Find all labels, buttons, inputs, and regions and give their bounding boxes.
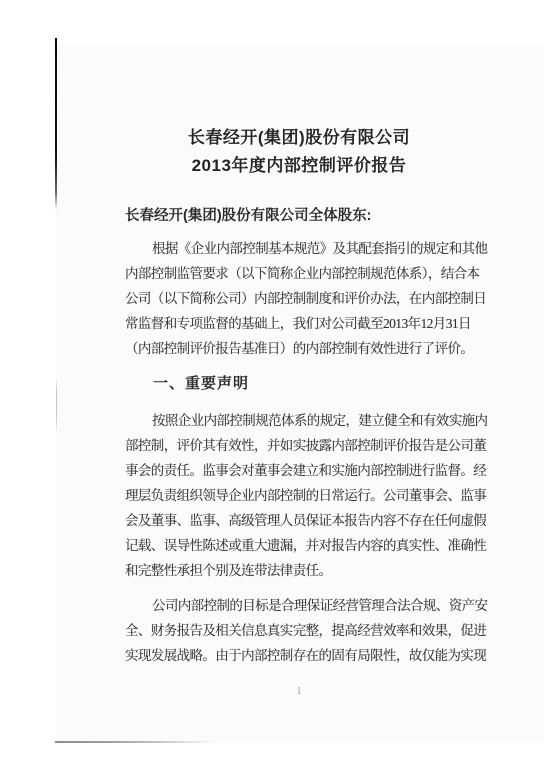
text-line: 会及董事、监事、高级管理人员保证本报告内容不存在任何虚假: [125, 508, 485, 533]
text-line: 记载、误导性陈述或重大遗漏，并对报告内容的真实性、准确性: [125, 533, 485, 558]
salutation: 长春经开(集团)股份有限公司全体股东:: [125, 205, 473, 227]
document-title: 长春经开(集团)股份有限公司 2013年度内部控制评价报告: [125, 124, 473, 180]
text-line: 和完整性承担个别及连带法律责任。: [125, 558, 485, 583]
text-line: 全、财务报告及相关信息真实完整，提高经营效率和效果，促进: [125, 618, 485, 643]
section-1-heading: 一、重要声明: [153, 374, 249, 394]
title-line-company: 长春经开(集团)股份有限公司: [125, 124, 473, 152]
text-line: 按照企业内部控制规范体系的规定，建立健全和有效实施内: [125, 408, 485, 433]
title-line-report: 2013年度内部控制评价报告: [125, 152, 473, 180]
scan-artifact-left-edge-line: [55, 38, 57, 210]
text-line: 事会的责任。监事会对董事会建立和实施内部控制进行监督。经: [125, 458, 485, 483]
scan-artifact-bottom-edge-line: [55, 741, 217, 743]
text-line: 公司（以下简称公司）内部控制制度和评价办法，在内部控制日: [125, 286, 485, 311]
text-line: （内部控制评价报告基准日）的内部控制有效性进行了评价。: [125, 336, 485, 361]
scan-artifact-left-edge-line-faint: [56, 377, 57, 433]
page-number: 1: [125, 686, 473, 698]
text-line: 公司内部控制的目标是合理保证经营管理合法合规、资产安: [125, 593, 485, 618]
section-1-paragraph-1: 按照企业内部控制规范体系的规定，建立健全和有效实施内 部控制，评价其有效性，并如…: [125, 408, 485, 583]
text-line: 实现发展战略。由于内部控制存在的固有局限性，故仅能为实现: [125, 643, 485, 668]
text-line: 根据《企业内部控制基本规范》及其配套指引的规定和其他: [125, 236, 485, 261]
text-line: 理层负责组织领导企业内部控制的日常运行。公司董事会、监事: [125, 483, 485, 508]
scanned-document-canvas: 长春经开(集团)股份有限公司 2013年度内部控制评价报告 长春经开(集团)股份…: [0, 0, 544, 781]
text-line: 常监督和专项监督的基础上，我们对公司截至2013年12月31日: [125, 311, 485, 336]
intro-paragraph: 根据《企业内部控制基本规范》及其配套指引的规定和其他 内部控制监管要求（以下简称…: [125, 236, 485, 361]
text-line: 内部控制监管要求（以下简称企业内部控制规范体系），结合本: [125, 261, 485, 286]
text-line: 部控制，评价其有效性，并如实披露内部控制评价报告是公司董: [125, 433, 485, 458]
section-1-paragraph-2: 公司内部控制的目标是合理保证经营管理合法合规、资产安 全、财务报告及相关信息真实…: [125, 593, 485, 668]
